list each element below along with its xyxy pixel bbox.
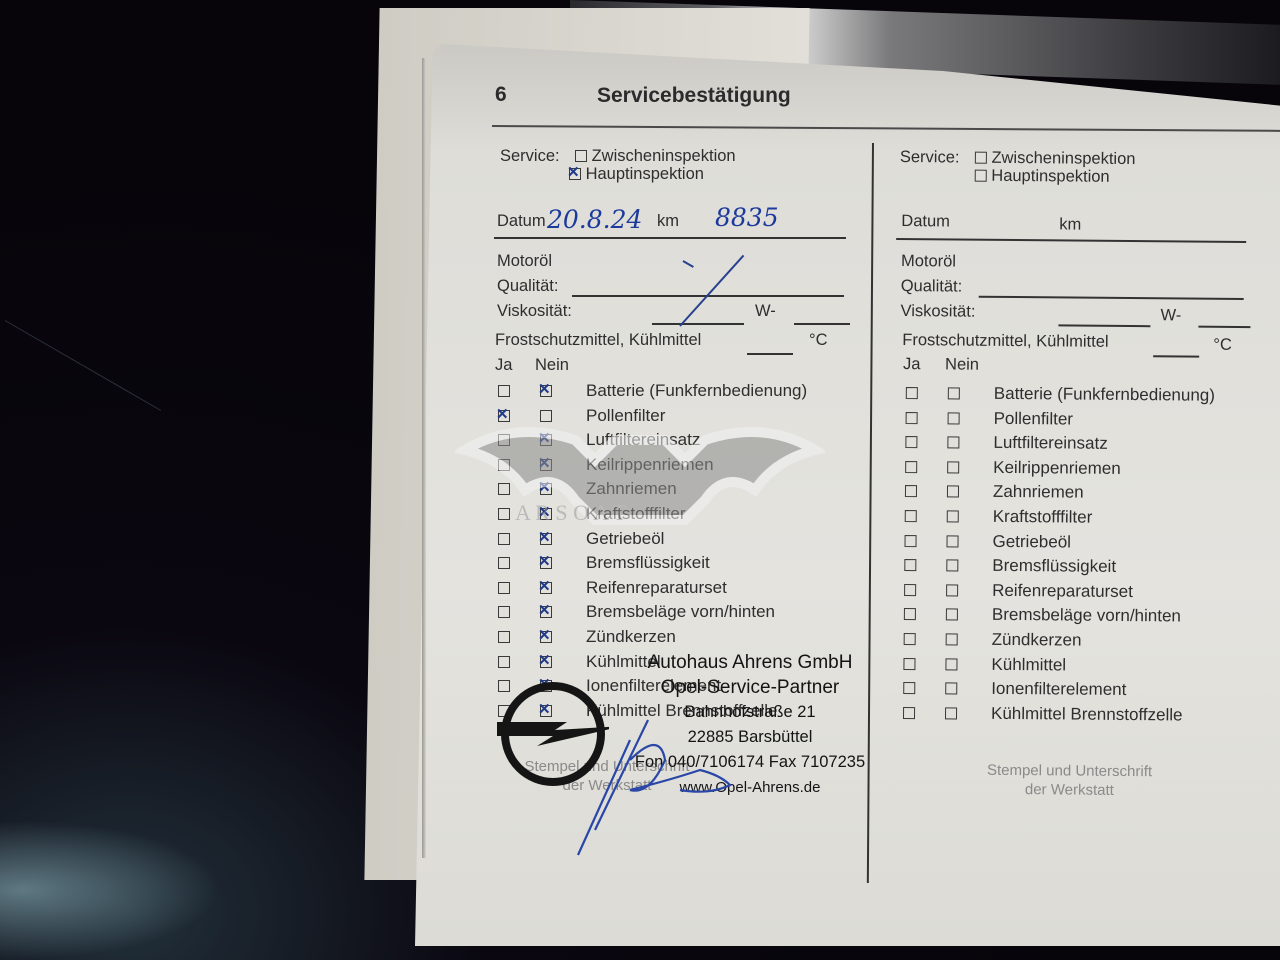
checkbox-nein[interactable] [946,584,958,596]
frostschutz-label: Frostschutzmittel, Kühlmittel [902,331,1108,352]
checklist-row: Ionenfilterelement [903,678,1280,705]
checklist-row: Keilrippenriemen [905,457,1280,484]
checkbox-nein[interactable] [947,486,959,498]
nein-header: Nein [535,356,569,375]
service-label: Service: [500,147,560,166]
checkbox-ja[interactable] [904,608,916,620]
checkbox-ja[interactable] [905,510,917,522]
checklist-item-label: Kraftstofffilter [993,507,1093,528]
checkbox-ja[interactable] [905,485,917,497]
frostschutz-label: Frostschutzmittel, Kühlmittel [495,331,701,350]
checkbox-ja[interactable] [905,436,917,448]
checklist-row: Reifenreparaturset [904,580,1280,607]
checklist-row: Bremsflüssigkeit [498,553,878,577]
checklist-item-label: Kraftstofffilter [586,504,686,524]
service-option-zwischeninspektion[interactable]: Zwischeninspektion [575,147,736,166]
checklist-row: Luftfiltereinsatz [905,432,1280,459]
checkbox-nein[interactable] [540,582,552,594]
checklist-item-label: Pollenfilter [586,406,665,426]
checkbox-zwischeninspektion[interactable] [575,150,587,162]
checkbox-nein[interactable] [946,633,958,645]
background-light-streak [5,320,161,411]
checklist-item-label: Bremsflüssigkeit [992,556,1116,577]
motoroel-label: Motoröl [901,252,956,271]
qualitaet-label: Qualität: [901,277,963,297]
checkbox-nein[interactable] [946,560,958,572]
checkbox-ja[interactable] [498,385,510,397]
checkbox-nein[interactable] [946,609,958,621]
checklist-item-label: Zahnriemen [586,479,677,499]
km-handwritten: 8835 [715,203,779,232]
checkbox-nein[interactable] [540,656,552,668]
checkbox-nein[interactable] [540,508,552,520]
checkbox-nein[interactable] [945,658,957,670]
checklist-row: Kraftstofffilter [905,506,1280,533]
checkbox-nein[interactable] [948,387,960,399]
w-field[interactable] [794,323,850,325]
stamp-company: Autohaus Ahrens GmbH [615,650,885,675]
page-title: Servicebestätigung [597,84,791,108]
checkbox-ja[interactable] [498,459,510,471]
checkbox-ja[interactable] [498,582,510,594]
checkbox-nein[interactable] [946,535,958,547]
checkbox-ja[interactable] [498,631,510,643]
checkbox-nein[interactable] [947,437,959,449]
handwritten-signature [570,700,770,860]
ja-header: Ja [903,355,921,374]
checkbox-ja[interactable] [498,508,510,520]
checklist-row: Zahnriemen [498,479,878,503]
checklist-item-label: Pollenfilter [994,408,1074,429]
checkbox-ja[interactable] [498,533,510,545]
service-option-hauptinspektion[interactable]: Hauptinspektion [975,167,1110,187]
checklist-row: Luftfiltereinsatz [498,430,878,454]
checkbox-ja[interactable] [903,658,915,670]
checklist-row: Zahnriemen [905,481,1280,508]
celsius-label: °C [809,331,828,350]
service-label: Service: [900,148,960,168]
checklist-item-label: Keilrippenriemen [586,455,714,475]
checklist-item-label: Getriebeöl [992,531,1071,552]
checklist-item-label: Luftfiltereinsatz [993,433,1108,454]
datum-km-rule [494,237,846,239]
checklist-item-label: Keilrippenriemen [993,458,1121,479]
viskositaet-label: Viskosität: [900,302,975,322]
checklist-item-label: Kühlmittel Brennstoffzelle [991,704,1183,726]
checklist-item-label: Zündkerzen [586,627,676,647]
checkbox-nein[interactable] [947,461,959,473]
page-number: 6 [495,83,507,107]
stamp-partner: Opel-Service-Partner [615,675,885,700]
checkbox-nein[interactable] [945,683,957,695]
km-label: km [1059,215,1081,234]
checkbox-nein[interactable] [540,533,552,545]
checkbox-nein[interactable] [540,385,552,397]
checklist-row: Pollenfilter [498,406,878,430]
checklist-row: Kühlmittel [903,654,1280,681]
checklist-item-label: Reifenreparaturset [992,581,1133,602]
checkbox-ja[interactable] [498,606,510,618]
viskositaet-field[interactable] [652,323,744,325]
checklist-row: Bremsflüssigkeit [904,555,1280,582]
checkbox-nein[interactable] [540,631,552,643]
checklist-item-label: Getriebeöl [586,529,664,549]
qualitaet-label: Qualität: [497,277,558,296]
checklist-item-label: Kühlmittel [991,654,1066,675]
checkbox-nein[interactable] [540,410,552,422]
checklist-item-label: Batterie (Funkfernbedienung) [586,381,807,401]
checkbox-nein[interactable] [540,483,552,495]
stamp-label-line2: der Werkstatt [949,779,1189,800]
checklist-row: Reifenreparaturset [498,578,878,602]
checklist-row: Bremsbeläge vorn/hinten [904,604,1280,631]
option-label: Hauptinspektion [991,167,1109,186]
checkbox-ja[interactable] [904,633,916,645]
checklist-row: Batterie (Funkfernbedienung) [498,381,878,405]
checklist-row: Kühlmittel Brennstoffzelle [903,703,1280,730]
datum-label: Datum [497,212,546,231]
page-fold-shadow [422,58,426,858]
checklist-item-label: Zahnriemen [993,482,1084,503]
checkbox-ja[interactable] [498,434,510,446]
checkbox-ja[interactable] [906,412,918,424]
checkbox-nein[interactable] [945,707,957,719]
datum-handwritten: 20.8.24 [547,205,642,234]
checklist-item-label: Ionenfilterelement [991,679,1126,700]
checkbox-nein[interactable] [947,510,959,522]
checklist-row: Getriebeöl [904,531,1280,558]
checkbox-ja[interactable] [904,584,916,596]
checklist-item-label: Bremsbeläge vorn/hinten [992,605,1181,627]
checkbox-hauptinspektion[interactable] [975,170,987,182]
checklist-row: Pollenfilter [905,408,1280,435]
stamp-label-line1: Stempel und Unterschrift [949,760,1189,781]
checkbox-ja[interactable] [904,535,916,547]
checkbox-zwischeninspektion[interactable] [975,152,987,164]
checkbox-ja[interactable] [498,410,510,422]
checklist-item-label: Bremsbeläge vorn/hinten [586,602,775,622]
checkbox-ja[interactable] [905,461,917,473]
checkbox-ja[interactable] [498,483,510,495]
checkbox-nein[interactable] [540,459,552,471]
stamp-signature-label: Stempel und Unterschrift der Werkstatt [949,760,1189,800]
checkbox-ja[interactable] [904,559,916,571]
datum-label: Datum [901,212,950,231]
nein-header: Nein [945,355,979,374]
checkbox-ja[interactable] [903,682,915,694]
checklist-row: Zündkerzen [904,629,1280,656]
checklist-item-label: Bremsflüssigkeit [586,553,710,573]
checklist-item-label: Luftfiltereinsatz [586,430,700,450]
checklist-row: Kraftstofffilter [498,504,878,528]
option-label: Hauptinspektion [586,165,704,183]
motoroel-label: Motoröl [497,252,552,271]
frostschutz-field[interactable] [747,353,793,355]
checklist-item-label: Reifenreparaturset [586,578,727,598]
checklist-row: Getriebeöl [498,529,878,553]
service-option-hauptinspektion[interactable]: Hauptinspektion [569,165,704,184]
checkbox-nein[interactable] [540,557,552,569]
checkbox-ja[interactable] [903,707,915,719]
checkbox-ja[interactable] [906,387,918,399]
checkbox-ja[interactable] [498,557,510,569]
checklist-row: Batterie (Funkfernbedienung) [906,383,1280,410]
checklist-row: Keilrippenriemen [498,455,878,479]
checkbox-nein[interactable] [540,434,552,446]
option-label: Zwischeninspektion [592,147,736,165]
checklist-row: Bremsbeläge vorn/hinten [498,602,878,626]
checkbox-nein[interactable] [540,606,552,618]
background-glare [0,820,220,960]
checkbox-nein[interactable] [948,412,960,424]
checklist-row: Zündkerzen [498,627,878,651]
w-label: W- [1160,306,1181,325]
km-label: km [657,212,679,231]
celsius-label: °C [1213,336,1232,355]
checklist-item-label: Zündkerzen [992,630,1082,651]
option-label: Zwischeninspektion [991,149,1135,168]
w-label: W- [755,302,776,321]
checkbox-hauptinspektion[interactable] [569,168,581,180]
checkbox-ja[interactable] [498,656,510,668]
ja-header: Ja [495,356,512,375]
checklist-item-label: Batterie (Funkfernbedienung) [994,384,1215,406]
viskositaet-label: Viskosität: [497,302,572,321]
